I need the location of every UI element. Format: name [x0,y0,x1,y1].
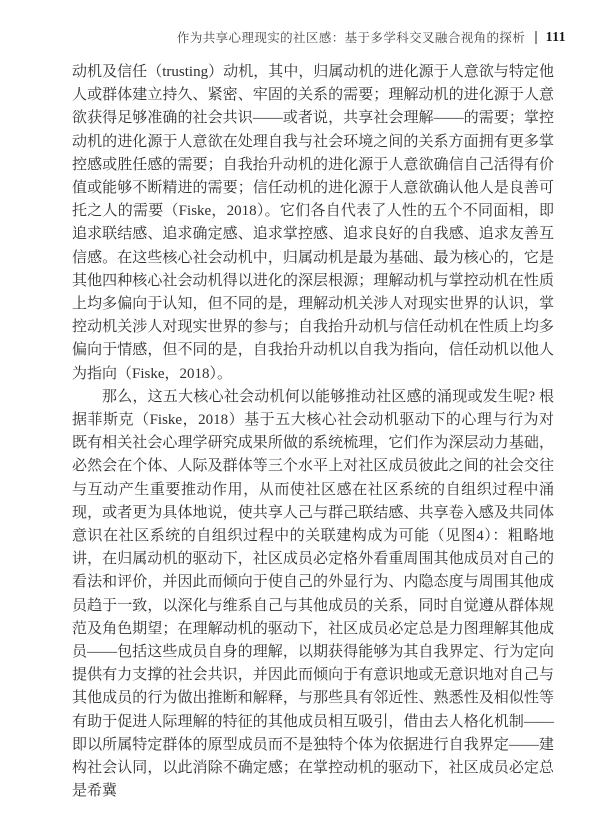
paragraph-second: 那么，这五大核心社会动机何以能够推动社区感的涌现或发生呢? 根据菲斯克（Fisk… [72,386,554,804]
book-page: 作为共享心理现实的社区感：基于多学科交叉融合视角的探析 111 动机及信任（tr… [0,0,613,817]
page-number: 111 [546,29,566,45]
paragraph-continuation: 动机及信任（trusting）动机，其中，归属动机的进化源于人意欲与特定他人或群… [72,61,554,386]
running-title: 作为共享心理现实的社区感：基于多学科交叉融合视角的探析 [177,28,525,46]
header-divider [535,31,537,44]
page-header: 作为共享心理现实的社区感：基于多学科交叉融合视角的探析 111 [177,28,566,46]
body-text-column: 动机及信任（trusting）动机，其中，归属动机的进化源于人意欲与特定他人或群… [72,61,554,804]
